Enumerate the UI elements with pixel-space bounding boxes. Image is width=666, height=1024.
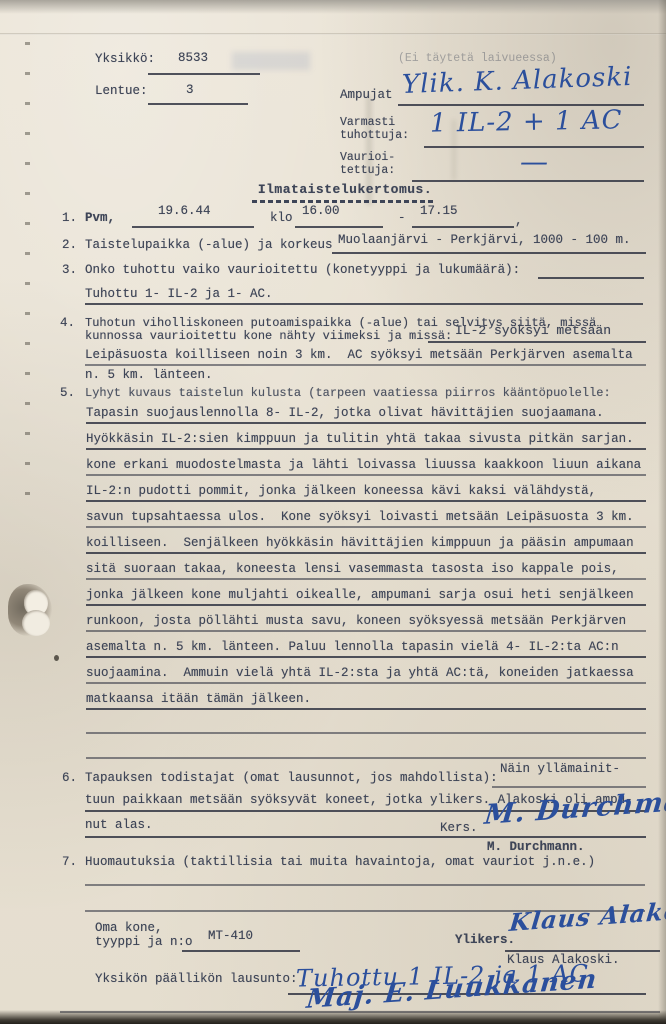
battle-report-line: suojaamina. Ammuin vielä yhtä IL-2:sta j… [86, 666, 634, 680]
item4-answer-line2: Leipäsuosta koilliseen noin 3 km. AC syö… [85, 348, 633, 362]
item3-number: 3. [62, 263, 77, 277]
unit-label: Yksikkö: [95, 52, 155, 66]
ruled-line [86, 448, 646, 450]
item1-klo-label: klo [270, 211, 293, 225]
shooter-label: Ampujat [340, 88, 393, 102]
item5-label: Lyhyt kuvaus taistelun kulusta (tarpeen … [85, 386, 611, 400]
battle-report-line: jonka jälkeen kone muljahti oikealle, am… [86, 588, 634, 602]
empty-ruled-line [86, 732, 646, 734]
own-plane-label-2: tyyppi ja n:o [95, 935, 193, 949]
paper-crease [0, 33, 666, 35]
ruled-line [295, 226, 383, 228]
photo-right-edge [658, 0, 666, 1024]
item2-number: 2. [62, 238, 77, 252]
battle-report-line: asemalta n. 5 km. länteen. Paluu lennoll… [86, 640, 619, 654]
ruled-line [412, 226, 514, 228]
ruled-line [86, 500, 646, 502]
item6-number: 6. [62, 771, 77, 785]
flight-label: Lentue: [95, 84, 148, 98]
faint-form-note: (Ei täytetä laivueessa) [398, 52, 557, 65]
ruled-line [86, 630, 646, 632]
title-underline [252, 200, 434, 203]
ruled-line [85, 836, 646, 838]
destroyed-label-1: Varmasti [340, 116, 395, 129]
battle-report-line: Tapasin suojauslennolla 8- IL-2, jotka o… [86, 406, 604, 420]
item7-number: 7. [62, 855, 77, 869]
punch-hole [22, 610, 50, 636]
ruled-line [86, 578, 646, 580]
item1-number: 1. [62, 211, 77, 225]
own-plane-value: MT-410 [208, 929, 253, 943]
photo-bottom-edge [0, 1010, 666, 1024]
ruled-line [86, 422, 646, 424]
flight-value: 3 [186, 83, 194, 97]
ruled-line [86, 682, 646, 684]
battle-report-line: runkoon, josta pöllähti musta savu, kone… [86, 614, 626, 628]
damaged-label-2: tettuja: [340, 164, 395, 177]
ruled-line [148, 73, 260, 75]
ink-smudge [232, 52, 310, 70]
item1-dash: - [398, 211, 406, 225]
item6-answer-line1: Näin yllämainit- [500, 762, 620, 776]
ruled-line [86, 474, 646, 476]
ruled-line [492, 786, 646, 788]
battle-report-line: matkaansa itään tämän jälkeen. [86, 692, 311, 706]
ruled-line [132, 226, 254, 228]
report-title: Ilmataistelukertomus. [250, 182, 440, 197]
ruled-line [85, 303, 643, 305]
paper-speck [54, 655, 59, 661]
ruled-line [85, 364, 646, 366]
ruled-line [148, 103, 248, 105]
item7-label: Huomautuksia (taktillisia tai muita hava… [85, 855, 595, 869]
ruled-line [86, 526, 646, 528]
ruled-line [86, 708, 646, 710]
unit-value: 8533 [178, 51, 208, 65]
battle-report-line: koilliseen. Senjälkeen hyökkäsin hävittä… [86, 536, 634, 550]
item4-answer-line1: IL-2 syöksyi metsään [455, 323, 611, 338]
battle-report-line: IL-2:n pudotti pommit, jonka jälkeen kon… [86, 484, 596, 498]
item3-answer: Tuhottu 1- IL-2 ja 1- AC. [85, 287, 273, 301]
own-plane-label-1: Oma kone, [95, 921, 163, 935]
item1-date: 19.6.44 [158, 204, 211, 218]
battle-report-line: kone erkani muodostelmasta ja lähti loiv… [86, 458, 641, 472]
ruled-line [538, 277, 644, 279]
empty-ruled-line [86, 757, 646, 759]
item2-label: Taistelupaikka (-alue) ja korkeus [85, 238, 333, 252]
destroyed-handwritten-value: 1 IL-2 + 1 AC [430, 105, 623, 138]
item2-answer: Muolaanjärvi - Perkjärvi, 1000 - 100 m. [338, 233, 631, 247]
ruled-line [332, 252, 646, 254]
ruled-line [505, 950, 660, 952]
battle-report-line: savun tupsahtaessa ulos. Kone syöksyi lo… [86, 510, 634, 524]
battle-report-line: Hyökkäsin IL-2:sien kimppuun ja tulitin … [86, 432, 634, 446]
ruled-line [182, 950, 300, 952]
damaged-handwritten-value: — [520, 145, 549, 178]
battle-report-line: sitä suoraan takaa, koneesta lensi vasem… [86, 562, 619, 576]
item5-number: 5. [60, 386, 75, 400]
item1-comma: , [515, 214, 523, 228]
commander-statement-label: Yksikön päällikön lausunto: [95, 972, 298, 986]
item1-time-to: 17.15 [420, 204, 458, 218]
item4-label-line2: kunnossa vaurioitettu kone nähty viimeks… [85, 329, 452, 343]
item1-label: Pvm, [85, 211, 115, 225]
ruled-line [86, 552, 646, 554]
destroyed-label-2: tuhottuja: [340, 129, 409, 142]
scanned-combat-report: Yksikkö: 8533 Lentue: 3 (Ei täytetä laiv… [0, 0, 666, 1024]
item4-number: 4. [60, 316, 75, 330]
ruled-line [412, 180, 644, 182]
item6-answer-line3: nut alas. [85, 818, 153, 832]
witness-typed-name: M. Durchmann. [487, 840, 585, 854]
perforation-marks [25, 42, 30, 502]
pilot-rank: Ylikers. [455, 933, 515, 947]
witness-rank: Kers. [440, 821, 478, 835]
item4-answer-line3: n. 5 km. länteen. [85, 368, 213, 382]
photo-top-edge [0, 0, 666, 14]
empty-ruled-line [85, 884, 645, 886]
ruled-line [86, 656, 646, 658]
damaged-label-1: Vaurioi- [340, 151, 395, 164]
ruled-line [86, 604, 646, 606]
item1-time-from: 16.00 [302, 204, 340, 218]
item3-label: Onko tuhottu vaiko vaurioitettu (konetyy… [85, 263, 520, 277]
ruled-line [428, 341, 646, 343]
item6-label: Tapauksen todistajat (omat lausunnot, jo… [85, 771, 498, 785]
